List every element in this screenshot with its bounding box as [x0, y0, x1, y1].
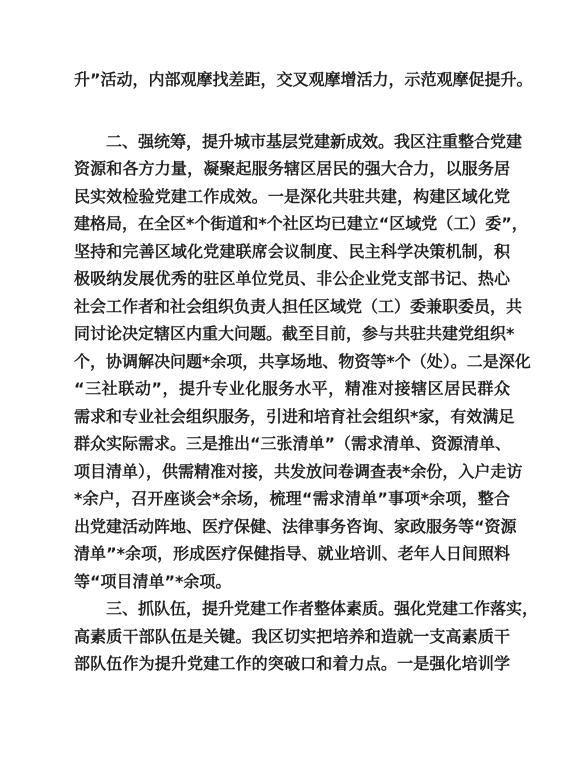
text-line: 部队伍作为提升党建工作的突破口和着力点。一是强化培训学 [74, 650, 510, 678]
document-page: 升”活动，内部观摩找差距，交叉观摩增活力，示范观摩促提升。二、强统筹，提升城市基… [0, 0, 586, 759]
text-line: 社会工作者和社会组织负责人担任区域党（工）委兼职委员，共 [74, 293, 510, 321]
paragraph: 三、抓队伍，提升党建工作者整体素质。强化党建工作落实，高素质干部队伍是关键。我区… [74, 595, 510, 678]
text-line: 坚持和完善区域化党建联席会议制度、民主科学决策机制，积 [74, 238, 510, 266]
text-line: 资源和各方力量，凝聚起服务辖区居民的强大合力，以服务居 [74, 155, 510, 183]
text-line: 升”活动，内部观摩找差距，交叉观摩增活力，示范观摩促提升。 [74, 66, 510, 94]
text-line: “三社联动”，提升专业化服务水平，精准对接辖区居民群众 [74, 375, 510, 403]
text-line: 建格局，在全区*个街道和*个社区均已建立“区域党（工）委”， [74, 210, 510, 238]
text-line: 二、强统筹，提升城市基层党建新成效。我区注重整合党建 [74, 128, 510, 156]
text-line: 需求和专业社会组织服务，引进和培育社会组织*家，有效满足 [74, 403, 510, 431]
paragraph: 二、强统筹，提升城市基层党建新成效。我区注重整合党建资源和各方力量，凝聚起服务辖… [74, 128, 510, 596]
text-line: 清单”*余项，形成医疗保健指导、就业培训、老年人日间照料 [74, 540, 510, 568]
text-line: 民实效检验党建工作成效。一是深化共驻共建，构建区域化党 [74, 183, 510, 211]
text-line: 项目清单），供需精准对接，共发放问卷调查表*余份，入户走访 [74, 458, 510, 486]
paragraph: 升”活动，内部观摩找差距，交叉观摩增活力，示范观摩促提升。 [74, 66, 510, 94]
text-line: 高素质干部队伍是关键。我区切实把培养和造就一支高素质干 [74, 623, 510, 651]
text-line: 群众实际需求。三是推出“三张清单”（需求清单、资源清单、 [74, 430, 510, 458]
text-line: 三、抓队伍，提升党建工作者整体素质。强化党建工作落实， [74, 595, 510, 623]
text-line: 极吸纳发展优秀的驻区单位党员、非公企业党支部书记、热心 [74, 265, 510, 293]
text-line: *余户，召开座谈会*余场，梳理“需求清单”事项*余项，整合 [74, 485, 510, 513]
text-line: 同讨论决定辖区内重大问题。截至目前，参与共驻共建党组织* [74, 320, 510, 348]
text-line: 个，协调解决问题*余项，共享场地、物资等*个（处）。二是深化 [74, 348, 510, 376]
document-body: 升”活动，内部观摩找差距，交叉观摩增活力，示范观摩促提升。二、强统筹，提升城市基… [74, 66, 510, 678]
text-line: 等“项目清单”*余项。 [74, 568, 510, 596]
text-line: 出党建活动阵地、医疗保健、法律事务咨询、家政服务等“资源 [74, 513, 510, 541]
